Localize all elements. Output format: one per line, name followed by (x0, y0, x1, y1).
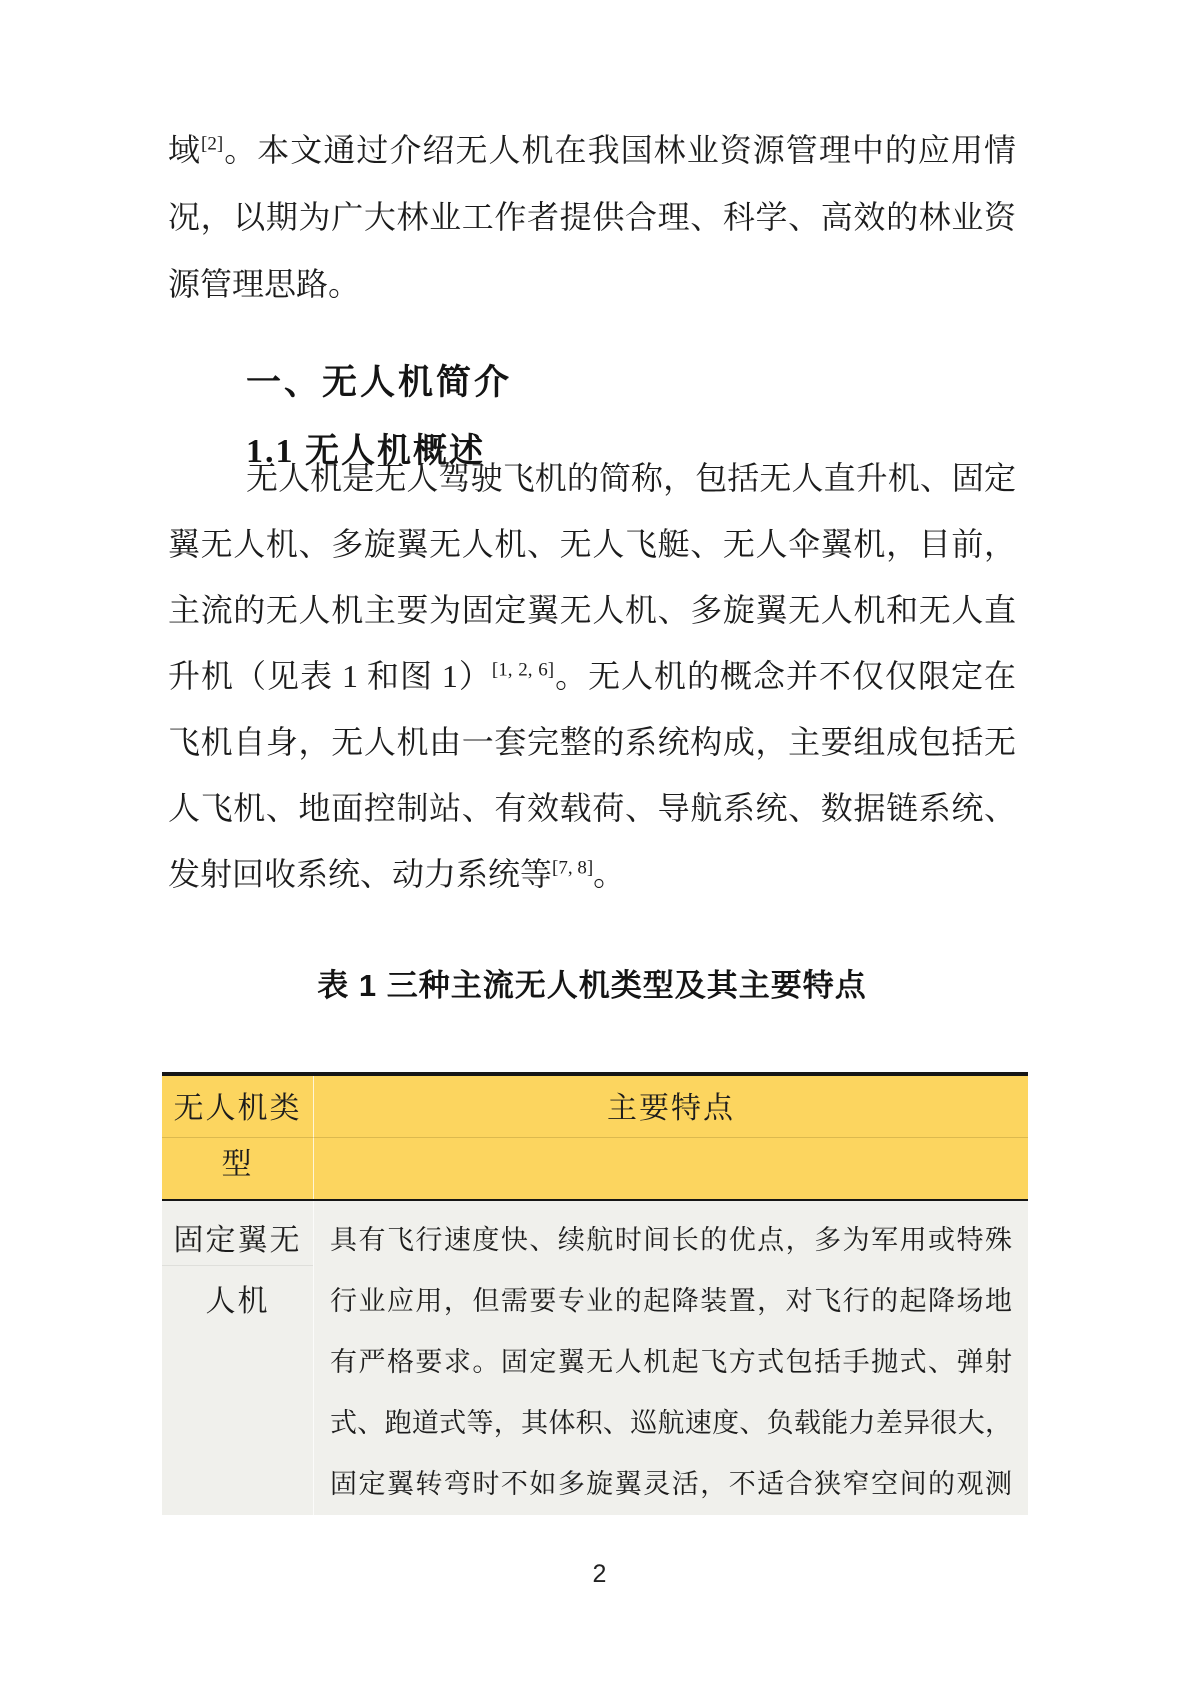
text-line: 无人机是无人驾驶飞机的简称，包括无人直升机、固定 (168, 445, 1016, 511)
text-line: 翼无人机、多旋翼无人机、无人飞艇、无人伞翼机，目前， (168, 511, 1016, 577)
text-line: 无人机类 (162, 1081, 313, 1137)
text-line: 固定翼转弯时不如多旋翼灵活，不适合狭窄空间的观测 (330, 1454, 1012, 1515)
text-line: 源管理思路。 (168, 251, 1016, 318)
paragraph-uav-overview: 无人机是无人驾驶飞机的简称，包括无人直升机、固定翼无人机、多旋翼无人机、无人飞艇… (168, 445, 1016, 907)
page-number: 2 (0, 1560, 1199, 1589)
document-page: 域[2]。本文通过介绍无人机在我国林业资源管理中的应用情况，以期为广大林业工作者… (0, 0, 1199, 1696)
text-line: 型 (162, 1137, 313, 1193)
citation-superscript: [1, 2, 6] (492, 659, 554, 680)
text-line: 固定翼无 (162, 1210, 313, 1271)
cell-features-fixed-wing: 具有飞行速度快、续航时间长的优点，多为军用或特殊行业应用，但需要专业的起降装置，… (313, 1201, 1028, 1515)
faint-gridline (162, 1137, 1028, 1138)
uav-types-table: 无人机类型 主要特点 固定翼无人机 具有飞行速度快、续航时间长的优点，多为军用或… (162, 1072, 1028, 1515)
cell-type-fixed-wing: 固定翼无人机 (162, 1201, 313, 1515)
paragraph-intro: 域[2]。本文通过介绍无人机在我国林业资源管理中的应用情况，以期为广大林业工作者… (168, 117, 1016, 318)
table-caption: 表 1 三种主流无人机类型及其主要特点 (168, 960, 1016, 1005)
text-line: 式、跑道式等，其体积、巡航速度、负载能力差异很大， (330, 1393, 1012, 1454)
table-row-fixed-wing: 固定翼无人机 具有飞行速度快、续航时间长的优点，多为军用或特殊行业应用，但需要专… (162, 1201, 1028, 1515)
text-line: 发射回收系统、动力系统等[7, 8]。 (168, 841, 1016, 907)
text-line: 况，以期为广大林业工作者提供合理、科学、高效的林业资 (168, 184, 1016, 251)
section-heading: 一、无人机简介 (246, 355, 512, 405)
text-line: 主流的无人机主要为固定翼无人机、多旋翼无人机和无人直 (168, 577, 1016, 643)
citation-superscript: [2] (201, 133, 223, 154)
citation-superscript: [7, 8] (552, 857, 593, 878)
text-line: 主要特点 (314, 1081, 1028, 1137)
text-line: 人机 (162, 1271, 313, 1332)
text-line: 行业应用，但需要专业的起降装置，对飞行的起降场地 (330, 1271, 1012, 1332)
table-header-row: 无人机类型 主要特点 (162, 1076, 1028, 1199)
text-line: 具有飞行速度快、续航时间长的优点，多为军用或特殊 (330, 1210, 1012, 1271)
text-line: 升机（见表 1 和图 1）[1, 2, 6]。无人机的概念并不仅仅限定在 (168, 643, 1016, 709)
faint-gridline (162, 1265, 313, 1266)
text-line: 域[2]。本文通过介绍无人机在我国林业资源管理中的应用情 (168, 117, 1016, 184)
text-line: 人飞机、地面控制站、有效载荷、导航系统、数据链系统、 (168, 775, 1016, 841)
text-line: 飞机自身，无人机由一套完整的系统构成，主要组成包括无 (168, 709, 1016, 775)
text-line: 有严格要求。固定翼无人机起飞方式包括手抛式、弹射 (330, 1332, 1012, 1393)
